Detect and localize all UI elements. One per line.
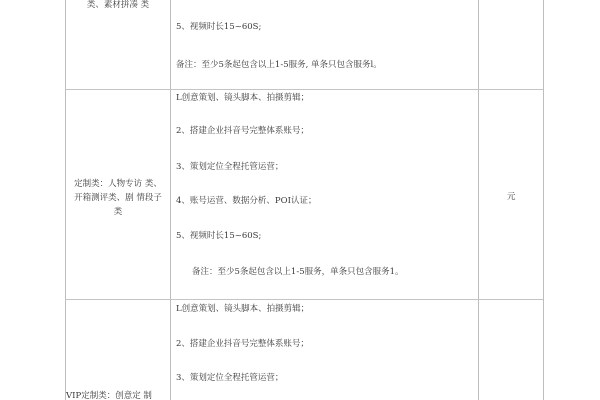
column-divider-1 xyxy=(170,0,171,400)
row-2-item-4: 4、账号运营、数据分析、POI认证； xyxy=(176,196,316,207)
row-2-category-line-3: 类 xyxy=(66,205,170,219)
row-3-item-2: 2、搭建企业抖音号完整体系账号； xyxy=(176,339,309,350)
row-2-category-line-2: 开箱测评类、剧 情段子 xyxy=(66,191,170,205)
table-border-right xyxy=(543,0,544,400)
row-2-category: 定制类：人物专访 类、 开箱测评类、剧 情段子 类 xyxy=(66,177,170,219)
row-3-item-1: L创意策划、镜头脚本、拍摄剪辑； xyxy=(176,304,309,315)
row-2-item-1: L创意策划、镜头脚本、拍摄剪辑； xyxy=(176,93,309,104)
row-divider-2 xyxy=(65,299,543,300)
row-2-item-2: 2、搭建企业抖音号完整体系账号； xyxy=(176,126,309,137)
row-2-item-3: 3、策划定位全程托管运营； xyxy=(176,162,283,173)
column-divider-2 xyxy=(478,0,479,400)
row-2-item-5: 5、视频时长15~60S; xyxy=(176,231,261,242)
row-3-item-3: 3、策划定位全程托管运营； xyxy=(176,373,283,384)
row-1-item-5: 5、视频时长15~60S; xyxy=(176,22,261,33)
row-2-price: 元 xyxy=(507,190,516,202)
document-page: 类、素材拼凑 类 5、视频时长15~60S; 备注：至少5条起包含以上1-5服务… xyxy=(0,0,600,400)
row-3-category: VIP定制类：创意定 制 xyxy=(62,389,178,400)
row-2-category-line-1: 定制类：人物专访 类、 xyxy=(66,177,170,191)
row-1-note: 备注：至少5条起包含以上1-5服务, 单条只包含服务l。 xyxy=(176,60,382,71)
row-1-category: 类、素材拼凑 类 xyxy=(66,0,170,12)
row-2-note: 备注：至少5条起包含以上1-5服务，单条只包含服务1。 xyxy=(192,267,404,278)
row-divider-1 xyxy=(65,89,543,90)
